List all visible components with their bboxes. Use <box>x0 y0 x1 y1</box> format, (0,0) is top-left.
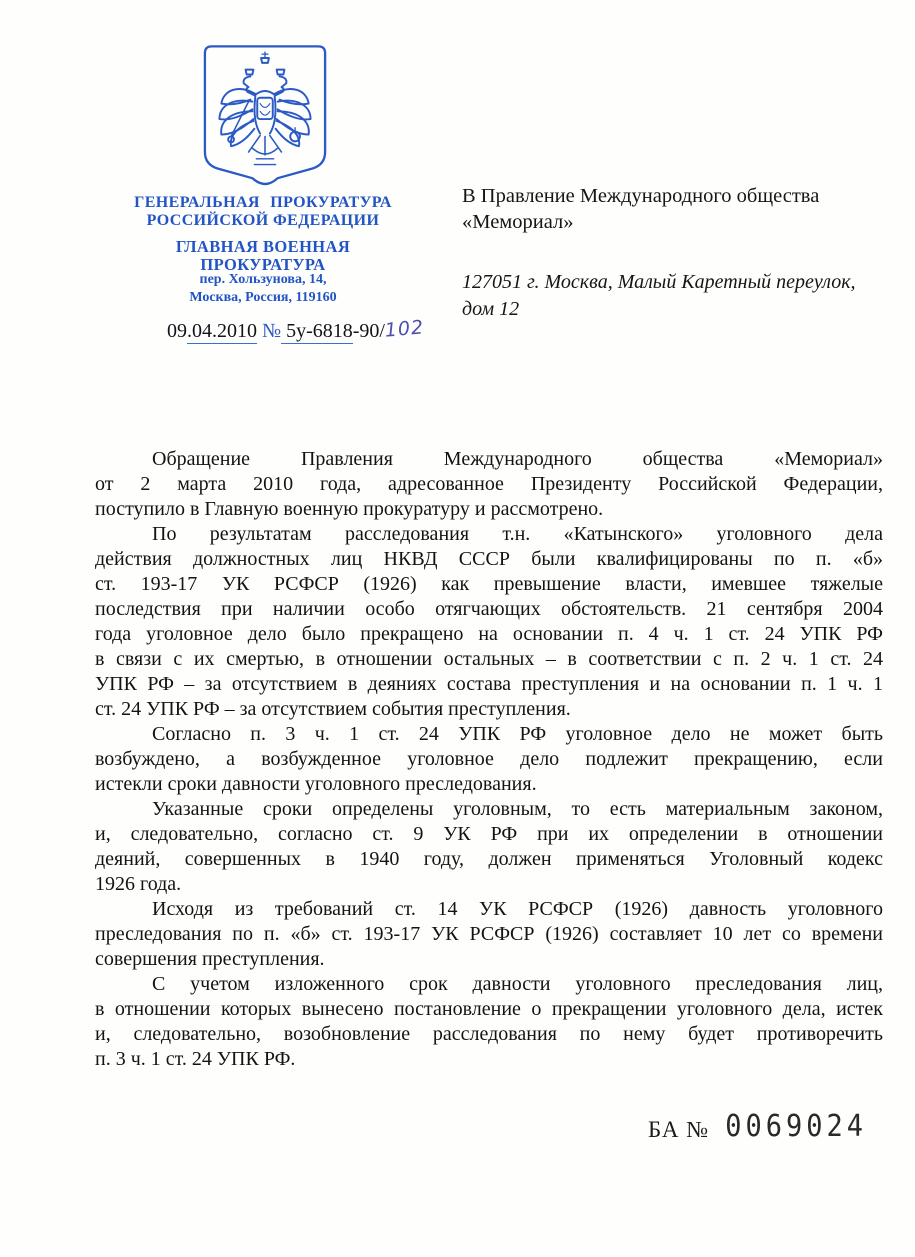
recipient-address-block: 127051 г. Москва, Малый Каретный переуло… <box>462 269 892 323</box>
body-line: истекли сроки давности уголовного пресле… <box>95 772 883 797</box>
recipient-line1: В Правление Международного общества <box>462 183 892 209</box>
body-line: в связи с их смертью, в отношении осталь… <box>95 647 883 672</box>
body-paragraph: С учетом изложенного срок давности уголо… <box>95 972 883 1072</box>
date-and-number-line: 09.04.2010 № 5у-6818-90/102 <box>167 320 424 343</box>
letterhead-org-name: ГЕНЕРАЛЬНАЯ ПРОКУРАТУРА РОССИЙСКОЙ ФЕДЕР… <box>112 194 414 274</box>
russian-coat-of-arms-icon <box>202 40 328 202</box>
form-serial-stamp: БА № 0069024 <box>648 1113 867 1144</box>
body-paragraph: Указанные сроки определены уголовным, то… <box>95 797 883 897</box>
body-line: поступило в Главную военную прокуратуру … <box>95 497 883 522</box>
body-line: Обращение Правления Международного общес… <box>95 447 883 472</box>
recipient-address-line2: дом 12 <box>462 296 892 323</box>
body-line: от 2 марта 2010 года, адресованное Прези… <box>95 472 883 497</box>
recipient-address-line1: 127051 г. Москва, Малый Каретный переуло… <box>462 269 892 296</box>
body-line: По результатам расследования т.н. «Катын… <box>95 522 883 547</box>
body-line: ст. 24 УПК РФ – за отсутствием события п… <box>95 697 883 722</box>
body-line: последствия при наличии особо отягчающих… <box>95 597 883 622</box>
body-paragraph: Исходя из требований ст. 14 УК РСФСР (19… <box>95 897 883 972</box>
recipient-line2: «Мемориал» <box>462 209 892 235</box>
body-line: деяний, совершенных в 1940 году, должен … <box>95 847 883 872</box>
letterhead-address-line2: Москва, Россия, 119160 <box>112 289 414 307</box>
handwritten-number: 102 <box>384 316 425 341</box>
body-line: в отношении которых вынесено постановлен… <box>95 997 883 1022</box>
letter-body: Обращение Правления Международного общес… <box>95 447 883 1072</box>
doc-number: 5у-6818 <box>281 320 353 344</box>
body-line: преследования по п. «б» ст. 193-17 УК РС… <box>95 922 883 947</box>
body-line: С учетом изложенного срок давности уголо… <box>95 972 883 997</box>
recipient-block: В Правление Международного общества «Мем… <box>462 183 892 235</box>
date-day: 09 <box>167 320 187 342</box>
body-line: и, следовательно, согласно ст. 9 УК РФ п… <box>95 822 883 847</box>
doc-number-tail: -90/ <box>353 320 385 342</box>
body-line: возбуждено, а возбужденное уголовное дел… <box>95 747 883 772</box>
stamp-series-label: БА № <box>648 1117 709 1143</box>
org-name-line1: ГЕНЕРАЛЬНАЯ ПРОКУРАТУРА <box>112 194 414 212</box>
org-name-line3: ГЛАВНАЯ ВОЕННАЯ ПРОКУРАТУРА <box>112 238 414 274</box>
body-line: и, следовательно, возобновление расследо… <box>95 1022 883 1047</box>
scanned-letter-page: ГЕНЕРАЛЬНАЯ ПРОКУРАТУРА РОССИЙСКОЙ ФЕДЕР… <box>0 0 915 1257</box>
body-line: совершения преступления. <box>95 947 883 972</box>
body-line: Указанные сроки определены уголовным, то… <box>95 797 883 822</box>
body-line: года уголовное дело было прекращено на о… <box>95 622 883 647</box>
letterhead-address-line1: пер. Хользунова, 14, <box>112 271 414 289</box>
body-paragraph: Согласно п. 3 ч. 1 ст. 24 УПК РФ уголовн… <box>95 722 883 797</box>
number-sign: № <box>257 320 281 342</box>
body-line: Исходя из требований ст. 14 УК РСФСР (19… <box>95 897 883 922</box>
stamp-number: 0069024 <box>725 1109 867 1144</box>
letterhead-address: пер. Хользунова, 14, Москва, Россия, 119… <box>112 271 414 307</box>
body-paragraph: Обращение Правления Международного общес… <box>95 447 883 522</box>
body-paragraph: По результатам расследования т.н. «Катын… <box>95 522 883 722</box>
body-line: п. 3 ч. 1 ст. 24 УПК РФ. <box>95 1047 883 1072</box>
body-line: ст. 193-17 УК РСФСР (1926) как превышени… <box>95 572 883 597</box>
date-rest: .04.2010 <box>187 320 257 344</box>
body-line: 1926 года. <box>95 872 883 897</box>
body-line: Согласно п. 3 ч. 1 ст. 24 УПК РФ уголовн… <box>95 722 883 747</box>
body-line: действия должностных лиц НКВД СССР были … <box>95 547 883 572</box>
org-name-line2: РОССИЙСКОЙ ФЕДЕРАЦИИ <box>112 212 414 230</box>
body-line: УПК РФ – за отсутствием в деяниях состав… <box>95 672 883 697</box>
